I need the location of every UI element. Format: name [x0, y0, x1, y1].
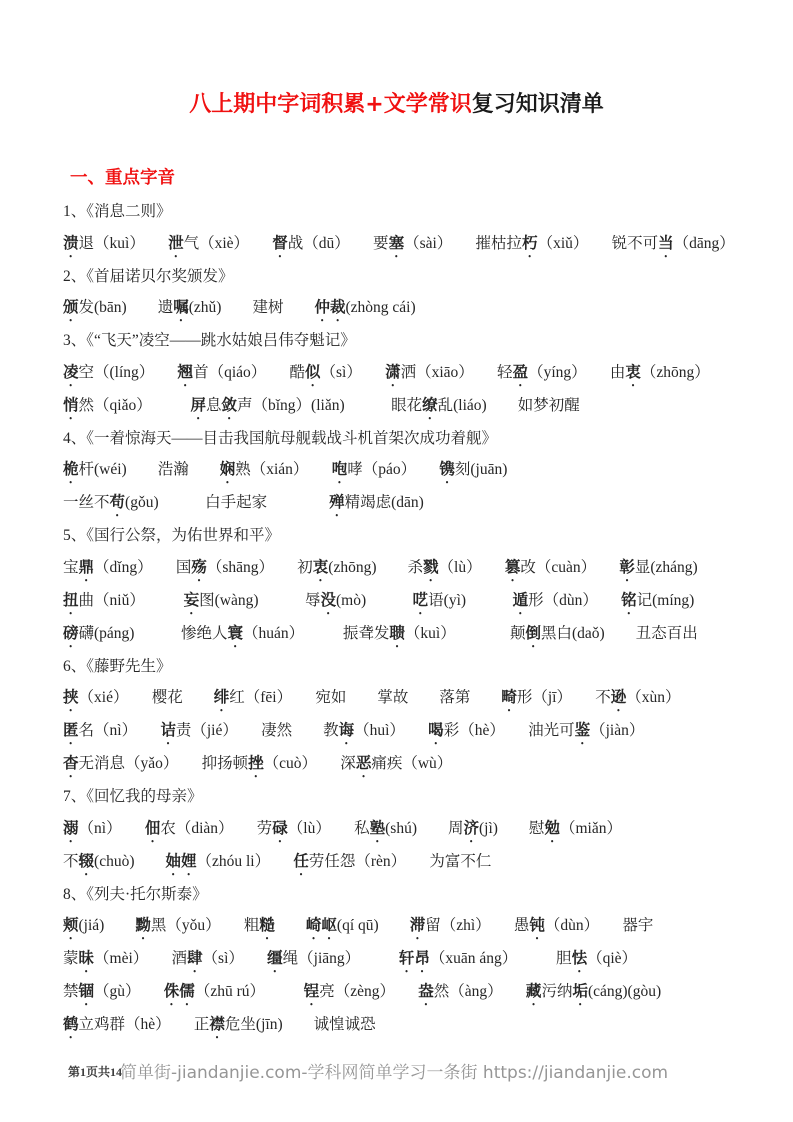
word-text: 气（xiè）: [184, 235, 273, 252]
word-line: 溺（nì） 佃农（diàn） 劳碌（lù） 私塾(shú) 周济(jì) 慰勉（…: [63, 813, 735, 846]
emphasized-char: 咆: [332, 461, 348, 478]
emphasized-char: 缭: [422, 397, 438, 414]
word-text: (jì) 慰: [479, 820, 544, 837]
emphasized-char: 篡: [505, 559, 521, 576]
emphasized-char: 寰: [227, 625, 243, 642]
emphasized-char: 颊: [63, 917, 79, 934]
emphasized-char: 镌: [439, 461, 455, 478]
word-line: 磅礴(páng) 惨绝人寰（huán） 振聋发聩（kuì） 颠倒黑白(daǒ) …: [63, 618, 735, 651]
emphasized-char: 匿: [63, 722, 79, 739]
emphasized-char: 似: [305, 364, 321, 381]
word-text: （lù）: [439, 559, 505, 576]
emphasized-char: 娴: [220, 461, 236, 478]
emphasized-char: 襟: [209, 1016, 225, 1033]
word-line: 匿名（nì） 诘责（jié） 凄然 教诲（huì） 喝彩（hè） 油光可鉴（ji…: [63, 715, 735, 748]
word-text: 彩（hè） 油光可: [444, 722, 575, 739]
word-text: 息: [206, 397, 222, 414]
word-text: 乱(liáo) 如梦初醒: [438, 397, 580, 414]
emphasized-char: 盈: [513, 364, 529, 381]
emphasized-char: 锢: [79, 983, 95, 1000]
emphasized-char: 恶: [356, 755, 372, 772]
emphasized-char: 当: [658, 235, 674, 252]
word-text: 痛疾（wù）: [371, 755, 452, 772]
emphasized-char: 衷: [313, 559, 329, 576]
word-line: 扭曲（niǔ） 妄图(wàng) 辱没(mò) 呓语(yì) 遁形（dùn） 铭…: [63, 585, 735, 618]
word-text: （yíng） 由: [528, 364, 625, 381]
word-line: 不辍(chuò) 妯娌（zhóu li） 任劳任怨（rèn） 为富不仁: [63, 846, 735, 879]
word-text: 绳（jiāng）: [283, 950, 399, 967]
word-text: 空（(líng）: [79, 364, 178, 381]
emphasized-char: 锃: [304, 983, 320, 1000]
emphasized-char: 翘: [178, 364, 194, 381]
emphasized-char: 钝: [529, 917, 545, 934]
emphasized-char: 聩: [389, 625, 405, 642]
word-text: （zhōng）: [641, 364, 710, 381]
document-page: 八上期中字词积累+文学常识复习知识清单 一、重点字音 1、《消息二则》溃退（ku…: [0, 90, 793, 1042]
emphasized-char: 衷: [625, 364, 641, 381]
emphasized-char: 悄: [63, 397, 79, 414]
word-text: 不: [63, 853, 79, 870]
word-text: （kuì） 颠: [405, 625, 526, 642]
word-text: 然（àng）: [434, 983, 526, 1000]
lesson-title-2: 2、《首届诺贝尔奖颁发》: [63, 261, 735, 293]
word-text: （sì）: [203, 950, 268, 967]
page-title: 八上期中字词积累+文学常识复习知识清单: [0, 90, 793, 120]
word-text: 发(bān) 遗: [79, 299, 174, 316]
word-text: [275, 917, 306, 934]
emphasized-char: 塞: [389, 235, 405, 252]
word-text: （gù）: [94, 983, 164, 1000]
emphasized-char: 垢: [572, 983, 588, 1000]
lesson-title-1: 1、《消息二则》: [63, 196, 735, 228]
word-text: 亮（zèng）: [319, 983, 418, 1000]
emphasized-char: 任: [293, 853, 309, 870]
word-text: 显(zháng): [635, 559, 698, 576]
emphasized-char: 桅: [63, 461, 79, 478]
word-text: 礴(páng) 惨绝人: [79, 625, 228, 642]
word-text: （shāng） 初: [207, 559, 313, 576]
word-text: 改（cuàn）: [520, 559, 619, 576]
word-text: (gǒu) 白手起家: [125, 494, 329, 511]
word-text: (shú) 周: [385, 820, 463, 837]
word-text: (zhǔ) 建树: [189, 299, 315, 316]
emphasized-char: 督: [272, 235, 288, 252]
word-line: 宝鼎（dǐng） 国殇（shāng） 初衷(zhōng) 杀戮（lù） 篡改（c…: [63, 552, 735, 585]
emphasized-char: 仲裁: [314, 299, 345, 316]
lesson-title-5: 5、《国行公祭，为佑世界和平》: [63, 520, 735, 552]
emphasized-char: 滞: [410, 917, 426, 934]
word-text: 红（fēi） 宛如 掌故 落第: [229, 689, 501, 706]
word-list: 1、《消息二则》溃退（kuì） 泄气（xiè） 督战（dū） 要塞（sài） 摧…: [63, 196, 735, 1042]
emphasized-char: 遁: [513, 592, 529, 609]
word-text: 形（jī） 不: [517, 689, 611, 706]
word-text: （qiè）: [587, 950, 637, 967]
word-text: 一丝不: [63, 494, 110, 511]
word-text: （huán） 振聋发: [243, 625, 389, 642]
emphasized-char: 苟: [110, 494, 126, 511]
emphasized-char: 喝: [428, 722, 444, 739]
watermark-text: 简单街-jiandanjie.com-学科网简单学习一条街 https://ji…: [120, 1063, 668, 1083]
word-text: （zhóu li）: [197, 853, 294, 870]
lesson-title-8: 8、《列夫·托尔斯泰》: [63, 879, 735, 911]
lesson-title-4: 4、《一着惊海天——目击我国航母舰载战斗机首架次成功着舰》: [63, 423, 735, 455]
word-text: （jiàn）: [590, 722, 644, 739]
word-text: 然（qiǎo）: [79, 397, 191, 414]
emphasized-char: 辍: [79, 853, 95, 870]
word-text: 责（jié） 凄然 教: [176, 722, 339, 739]
word-line: 颊(jiá) 黝黑（yǒu） 粗糙 崎岖(qí qū) 滞留（zhì） 愚钝（d…: [63, 910, 735, 943]
word-text: 形（dùn）: [528, 592, 621, 609]
word-text: 刻(juān): [455, 461, 508, 478]
word-text: 黑（yǒu） 粗: [151, 917, 260, 934]
word-text: （huì）: [354, 722, 428, 739]
emphasized-char: 肆: [187, 950, 203, 967]
emphasized-char: 挫: [248, 755, 264, 772]
emphasized-char: 畸: [501, 689, 517, 706]
emphasized-char: 绯: [214, 689, 230, 706]
word-text: 声（bǐng）(liǎn) 眼花: [237, 397, 422, 414]
emphasized-char: 侏儒: [164, 983, 195, 1000]
word-text: 无消息（yǎo） 抑扬顿: [79, 755, 249, 772]
emphasized-char: 鹤: [63, 1016, 79, 1033]
word-line: 挟（xié） 樱花 绯红（fēi） 宛如 掌故 落第 畸形（jī） 不逊（xùn…: [63, 682, 735, 715]
word-line: 溃退（kuì） 泄气（xiè） 督战（dū） 要塞（sài） 摧枯拉朽（xiǔ）…: [63, 228, 735, 261]
emphasized-char: 磅: [63, 625, 79, 642]
lesson-title-6: 6、《藤野先生》: [63, 651, 735, 683]
emphasized-char: 妄: [184, 592, 200, 609]
word-line: 悄然（qiǎo） 屏息敛声（bǐng）(liǎn) 眼花缭乱(liáo) 如梦初…: [63, 390, 735, 423]
word-text: 战（dū） 要: [288, 235, 389, 252]
emphasized-char: 呓: [413, 592, 429, 609]
section-heading: 一、重点字音: [70, 166, 793, 190]
emphasized-char: 铭: [621, 592, 637, 609]
emphasized-char: 盎: [418, 983, 434, 1000]
word-line: 一丝不苟(gǒu) 白手起家 殚精竭虑(dān): [63, 487, 735, 520]
word-text: （xié） 樱花: [79, 689, 214, 706]
page-number: 第1页共14: [68, 1065, 122, 1079]
emphasized-char: 殚: [329, 494, 345, 511]
emphasized-char: 逊: [611, 689, 627, 706]
word-text: 留（zhì） 愚: [425, 917, 529, 934]
word-text: (jiá): [79, 917, 136, 934]
word-line: 杳无消息（yǎo） 抑扬顿挫（cuò） 深恶痛疾（wù）: [63, 748, 735, 781]
emphasized-char: 佃: [145, 820, 161, 837]
word-text: 退（kuì）: [79, 235, 169, 252]
word-text: 立鸡群（hè） 正: [79, 1016, 210, 1033]
word-text: 名（nì）: [79, 722, 161, 739]
emphasized-char: 戮: [423, 559, 439, 576]
word-line: 禁锢（gù） 侏儒（zhū rú） 锃亮（zèng） 盎然（àng） 藏污纳垢(…: [63, 976, 735, 1009]
word-text: (qí qū): [337, 917, 410, 934]
emphasized-char: 勉: [544, 820, 560, 837]
word-text: (chuò): [94, 853, 165, 870]
emphasized-char: 没: [321, 592, 337, 609]
word-text: 熟（xián）: [235, 461, 331, 478]
word-text: (zhòng cái): [345, 299, 415, 316]
lesson-title-7: 7、《回忆我的母亲》: [63, 781, 735, 813]
page-title-black-part: 复习知识清单: [472, 92, 604, 117]
word-text: 劳任怨（rèn） 为富不仁: [309, 853, 492, 870]
word-text: 曲（niǔ）: [79, 592, 184, 609]
word-text: （sì）: [321, 364, 386, 381]
emphasized-char: 妯娌: [165, 853, 196, 870]
word-text: 蒙: [63, 950, 79, 967]
emphasized-char: 泄: [168, 235, 184, 252]
emphasized-char: 凌: [63, 364, 79, 381]
word-text: （miǎn）: [560, 820, 622, 837]
word-text: （dǐng） 国: [94, 559, 191, 576]
emphasized-char: 潇: [385, 364, 401, 381]
word-text: 洒（xiāo） 轻: [401, 364, 513, 381]
word-text: 危坐(jīn) 诚惶诚恐: [225, 1016, 376, 1033]
emphasized-char: 缰: [267, 950, 283, 967]
emphasized-char: 鉴: [575, 722, 591, 739]
word-text: 哮（páo）: [347, 461, 439, 478]
word-text: （zhū rú）: [195, 983, 304, 1000]
emphasized-char: 黝: [135, 917, 151, 934]
word-text: 图(wàng) 辱: [199, 592, 320, 609]
emphasized-char: 朽: [522, 235, 538, 252]
word-line: 凌空（(líng） 翘首（qiáo） 酷似（sì） 潇洒（xiāo） 轻盈（yí…: [63, 357, 735, 390]
word-text: (cáng)(gòu): [588, 983, 661, 1000]
emphasized-char: 扭: [63, 592, 79, 609]
emphasized-char: 鼎: [79, 559, 95, 576]
emphasized-char: 轩昂: [399, 950, 430, 967]
emphasized-char: 诲: [339, 722, 355, 739]
emphasized-char: 溺: [63, 820, 79, 837]
emphasized-char: 殇: [191, 559, 207, 576]
emphasized-char: 敛: [221, 397, 237, 414]
emphasized-char: 济: [463, 820, 479, 837]
word-text: (zhōng) 杀: [328, 559, 423, 576]
emphasized-char: 藏: [526, 983, 542, 1000]
emphasized-char: 挟: [63, 689, 79, 706]
emphasized-char: 彰: [619, 559, 635, 576]
emphasized-char: 崎岖: [306, 917, 337, 934]
word-text: 禁: [63, 983, 79, 1000]
emphasized-char: 塾: [370, 820, 386, 837]
word-text: 精竭虑(dān): [345, 494, 424, 511]
word-line: 蒙昧（mèi） 酒肆（sì） 缰绳（jiāng） 轩昂（xuān áng） 胆怯…: [63, 943, 735, 976]
page-title-red-part: 八上期中字词积累+文学常识: [189, 92, 471, 117]
word-text: （xiǔ） 锐不可: [538, 235, 659, 252]
emphasized-char: 屏: [190, 397, 206, 414]
word-text: （nì）: [79, 820, 145, 837]
word-text: 首（qiáo） 酷: [193, 364, 305, 381]
word-text: （xuān áng） 胆: [430, 950, 572, 967]
word-text: 记(míng): [637, 592, 695, 609]
lesson-title-3: 3、《“飞天”凌空——跳水姑娘吕伟夺魁记》: [63, 325, 735, 357]
word-line: 鹤立鸡群（hè） 正襟危坐(jīn) 诚惶诚恐: [63, 1009, 735, 1042]
word-text: （mèi） 酒: [94, 950, 187, 967]
word-text: （xùn）: [626, 689, 680, 706]
word-text: 黑白(daǒ) 丑态百出: [541, 625, 698, 642]
word-text: 污纳: [541, 983, 572, 1000]
word-text: （cuò） 深: [264, 755, 356, 772]
emphasized-char: 溃: [63, 235, 79, 252]
page-footer: 第1页共14简单街-jiandanjie.com-学科网简单学习一条街 http…: [68, 1058, 668, 1083]
word-text: （sài） 摧枯拉: [404, 235, 522, 252]
emphasized-char: 碌: [272, 820, 288, 837]
emphasized-char: 杳: [63, 755, 79, 772]
word-text: 杆(wéi) 浩瀚: [79, 461, 220, 478]
word-line: 颁发(bān) 遗嘱(zhǔ) 建树 仲裁(zhòng cái): [63, 292, 735, 325]
word-text: (mò): [336, 592, 413, 609]
emphasized-char: 诘: [160, 722, 176, 739]
emphasized-char: 怯: [572, 950, 588, 967]
emphasized-char: 嘱: [173, 299, 189, 316]
word-text: 语(yì): [428, 592, 512, 609]
word-text: 宝: [63, 559, 79, 576]
word-text: （dāng）: [674, 235, 735, 252]
word-text: （lù） 私: [288, 820, 370, 837]
word-text: （dùn） 器宇: [545, 917, 654, 934]
emphasized-char: 糙: [259, 917, 275, 934]
word-text: 农（diàn） 劳: [160, 820, 272, 837]
emphasized-char: 倒: [525, 625, 541, 642]
emphasized-char: 颁: [63, 299, 79, 316]
emphasized-char: 昧: [79, 950, 95, 967]
word-line: 桅杆(wéi) 浩瀚 娴熟（xián） 咆哮（páo） 镌刻(juān): [63, 454, 735, 487]
